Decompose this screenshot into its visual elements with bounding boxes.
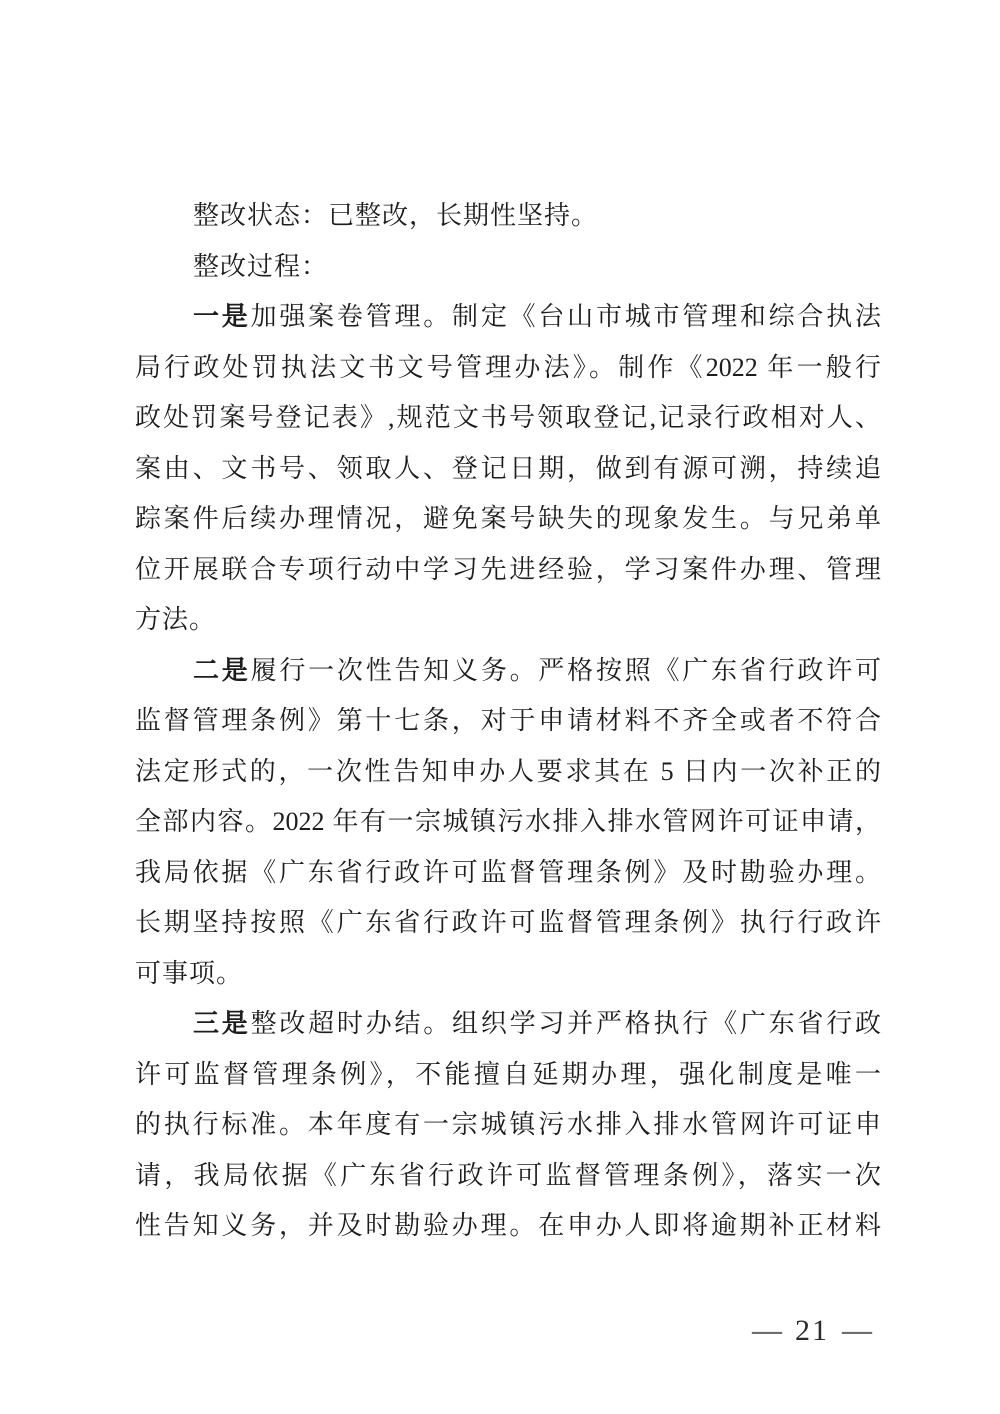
doc-line: 踪案件后续办理情况，避免案号缺失的现象发生。与兄弟单	[135, 494, 881, 545]
doc-line: 方法。	[135, 595, 881, 646]
doc-line: 全部内容。2022 年有一宗城镇污水排入排水管网许可证申请，	[135, 797, 881, 848]
doc-line: 许可监督管理条例》，不能擅自延期办理，强化制度是唯一	[135, 1050, 881, 1101]
doc-line-text: 政处罚案号登记表》,规范文书号领取登记,记录行政相对人、	[135, 403, 881, 432]
doc-line-text: 我局依据《广东省行政许可监督管理条例》及时勘验办理。	[135, 858, 881, 887]
doc-line-text: 整改状态：已整改，长期性坚持。	[193, 201, 598, 230]
doc-line-text: 履行一次性告知义务。严格按照《广东省行政许可	[251, 656, 881, 685]
page-number-dash-left: —	[752, 1314, 782, 1347]
doc-line: 案由、文书号、领取人、登记日期，做到有源可溯，持续追	[135, 444, 881, 495]
doc-line-text: 可事项。	[135, 959, 243, 988]
doc-line: 位开展联合专项行动中学习先进经验，学习案件办理、管理	[135, 545, 881, 596]
doc-line-text: 整改超时办结。组织学习并严格执行《广东省行政	[251, 1009, 881, 1038]
page-number-dash-right: —	[842, 1314, 872, 1347]
doc-line-text: 加强案卷管理。制定《台山市城市管理和综合执法	[251, 302, 881, 331]
doc-line: 整改状态：已整改，长期性坚持。	[135, 191, 881, 242]
doc-line: 长期坚持按照《广东省行政许可监督管理条例》执行行政许	[135, 898, 881, 949]
doc-line-text: 位开展联合专项行动中学习先进经验，学习案件办理、管理	[135, 555, 881, 584]
doc-line-lead: 二是	[193, 656, 251, 685]
doc-line-text: 案由、文书号、领取人、登记日期，做到有源可溯，持续追	[135, 454, 881, 483]
doc-line: 二是履行一次性告知义务。严格按照《广东省行政许可	[135, 646, 881, 697]
document-body: 整改状态：已整改，长期性坚持。 整改过程： 一是加强案卷管理。制定《台山市城市管…	[135, 191, 881, 1252]
doc-line-text: 法定形式的，一次性告知申办人要求其在 5 日内一次补正的	[135, 757, 881, 786]
doc-line: 局行政处罚执法文书文号管理办法》。制作《2022 年一般行	[135, 343, 881, 394]
doc-line-text: 性告知义务，并及时勘验办理。在申办人即将逾期补正材料	[135, 1211, 881, 1240]
doc-line-text: 请，我局依据《广东省行政许可监督管理条例》，落实一次	[135, 1161, 881, 1190]
page-number: —21—	[752, 1309, 872, 1353]
doc-line-text: 局行政处罚执法文书文号管理办法》。制作《2022 年一般行	[135, 353, 881, 382]
doc-line-lead: 一是	[193, 302, 251, 331]
doc-line: 政处罚案号登记表》,规范文书号领取登记,记录行政相对人、	[135, 393, 881, 444]
doc-line-text: 踪案件后续办理情况，避免案号缺失的现象发生。与兄弟单	[135, 504, 881, 533]
doc-line: 法定形式的，一次性告知申办人要求其在 5 日内一次补正的	[135, 747, 881, 798]
doc-line: 性告知义务，并及时勘验办理。在申办人即将逾期补正材料	[135, 1201, 881, 1252]
doc-line-text: 的执行标准。本年度有一宗城镇污水排入排水管网许可证申	[135, 1110, 881, 1139]
doc-line-text: 长期坚持按照《广东省行政许可监督管理条例》执行行政许	[135, 908, 881, 937]
doc-line: 监督管理条例》第十七条，对于申请材料不齐全或者不符合	[135, 696, 881, 747]
doc-line-text: 许可监督管理条例》，不能擅自延期办理，强化制度是唯一	[135, 1060, 881, 1089]
doc-line-text: 方法。	[135, 605, 216, 634]
doc-line: 一是加强案卷管理。制定《台山市城市管理和综合执法	[135, 292, 881, 343]
doc-line: 整改过程：	[135, 242, 881, 293]
doc-line: 的执行标准。本年度有一宗城镇污水排入排水管网许可证申	[135, 1100, 881, 1151]
doc-line-text: 整改过程：	[193, 252, 328, 281]
page-number-value: 21	[795, 1314, 829, 1347]
doc-line-text: 监督管理条例》第十七条，对于申请材料不齐全或者不符合	[135, 706, 881, 735]
doc-line: 三是整改超时办结。组织学习并严格执行《广东省行政	[135, 999, 881, 1050]
doc-line: 可事项。	[135, 949, 881, 1000]
doc-line: 请，我局依据《广东省行政许可监督管理条例》，落实一次	[135, 1151, 881, 1202]
doc-line-text: 全部内容。2022 年有一宗城镇污水排入排水管网许可证申请，	[135, 807, 881, 836]
doc-line: 我局依据《广东省行政许可监督管理条例》及时勘验办理。	[135, 848, 881, 899]
doc-line-lead: 三是	[193, 1009, 251, 1038]
